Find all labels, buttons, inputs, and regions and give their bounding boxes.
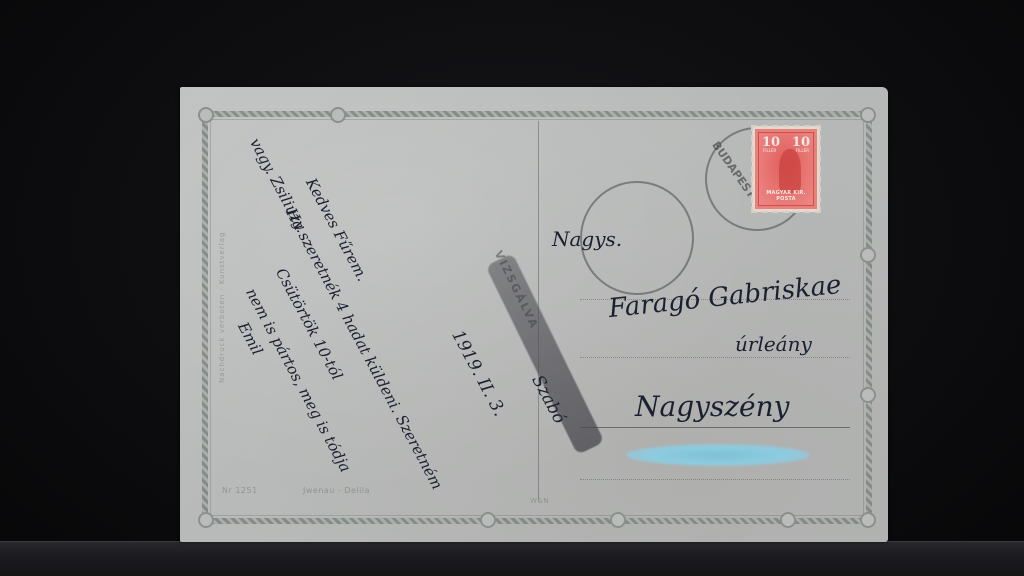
border-rosette <box>330 107 346 123</box>
address-city: Nagyszény <box>635 390 789 423</box>
address-title: úrleány <box>735 332 812 356</box>
stamp-inscription: MAGYAR KIR. POSTA <box>762 190 810 202</box>
display-shelf <box>0 541 1024 576</box>
postage-stamp: 10 10 FILLÉR FILLÉR MAGYAR KIR. POSTA <box>755 129 817 209</box>
corner-rosette <box>198 107 214 123</box>
printer-number: Nr 1251 <box>222 486 258 495</box>
postcard: Nachdruck verboten · Kunstverlag Nr 1251… <box>180 87 888 542</box>
address-line <box>580 357 850 358</box>
border-rosette <box>860 387 876 403</box>
edition-text: Jwenau - Delila <box>303 486 370 495</box>
stamp-currency-right: FILLÉR <box>796 148 809 153</box>
address-line <box>580 427 850 428</box>
corner-rosette <box>860 107 876 123</box>
corner-rosette <box>198 512 214 528</box>
stamp-currency-left: FILLÉR <box>763 148 776 153</box>
border-rosette <box>780 512 796 528</box>
publisher-mark: W&N <box>530 497 549 505</box>
border-rosette <box>480 512 496 528</box>
king-portrait-icon <box>779 149 801 193</box>
border-rosette <box>860 247 876 263</box>
address-salutation: Nagys. <box>552 227 622 251</box>
blue-crayon-mark <box>626 444 810 466</box>
corner-rosette <box>860 512 876 528</box>
address-line <box>580 479 850 480</box>
vertical-imprint: Nachdruck verboten · Kunstverlag <box>218 117 226 497</box>
border-rosette <box>610 512 626 528</box>
